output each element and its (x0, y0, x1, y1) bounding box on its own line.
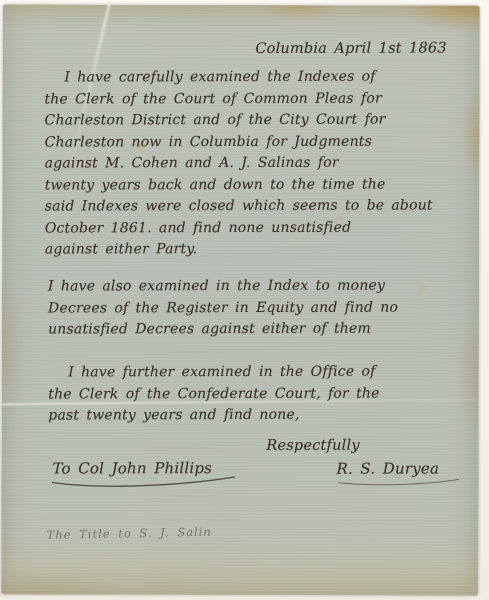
letter-page: Columbia April 1st 1863 I have carefully… (1, 4, 480, 595)
handwritten-line: the Clerk of the Court of Common Pleas f… (44, 88, 432, 111)
handwritten-line: Decrees of the Register in Equity and fi… (48, 297, 398, 319)
handwritten-line: past twenty years and find none, (48, 405, 379, 427)
dateline: Columbia April 1st 1863 (255, 40, 446, 57)
handwritten-line: twenty years back and down to the time t… (45, 174, 433, 197)
handwritten-line: Charleston now in Columbia for Judgments (45, 131, 433, 154)
handwriting-layer: Columbia April 1st 1863 I have carefully… (1, 4, 480, 595)
underline-flourish (48, 475, 238, 489)
closing-respectfully: Respectfully (266, 438, 359, 454)
signature: R. S. Duryea (336, 459, 439, 477)
signature-flourish (332, 476, 462, 486)
handwritten-line: the Clerk of the Confederate Court, for … (48, 383, 379, 405)
handwritten-line: unsatisfied Decrees against either of th… (48, 319, 398, 341)
handwritten-line: I have carefully examined the Indexes of (44, 66, 432, 89)
handwritten-line: said Indexes were closed which seems to … (45, 195, 433, 218)
handwritten-line: October 1861. and find none unsatisfied (45, 217, 433, 240)
handwritten-line: Charleston District and of the City Cour… (45, 109, 433, 132)
handwritten-line: I have also examined in the Index to mon… (48, 276, 398, 298)
paragraph-2: I have also examined in the Index to mon… (48, 276, 398, 341)
handwritten-line: against M. Cohen and A. J. Salinas for (45, 152, 433, 175)
handwritten-line: against either Party. (45, 238, 433, 261)
pencil-annotation: The Title to S. J. Salin (46, 525, 211, 542)
paragraph-1: I have carefully examined the Indexes of… (44, 66, 433, 261)
handwritten-line: I have further examined in the Office of (48, 362, 379, 384)
paragraph-3: I have further examined in the Office of… (48, 362, 380, 427)
